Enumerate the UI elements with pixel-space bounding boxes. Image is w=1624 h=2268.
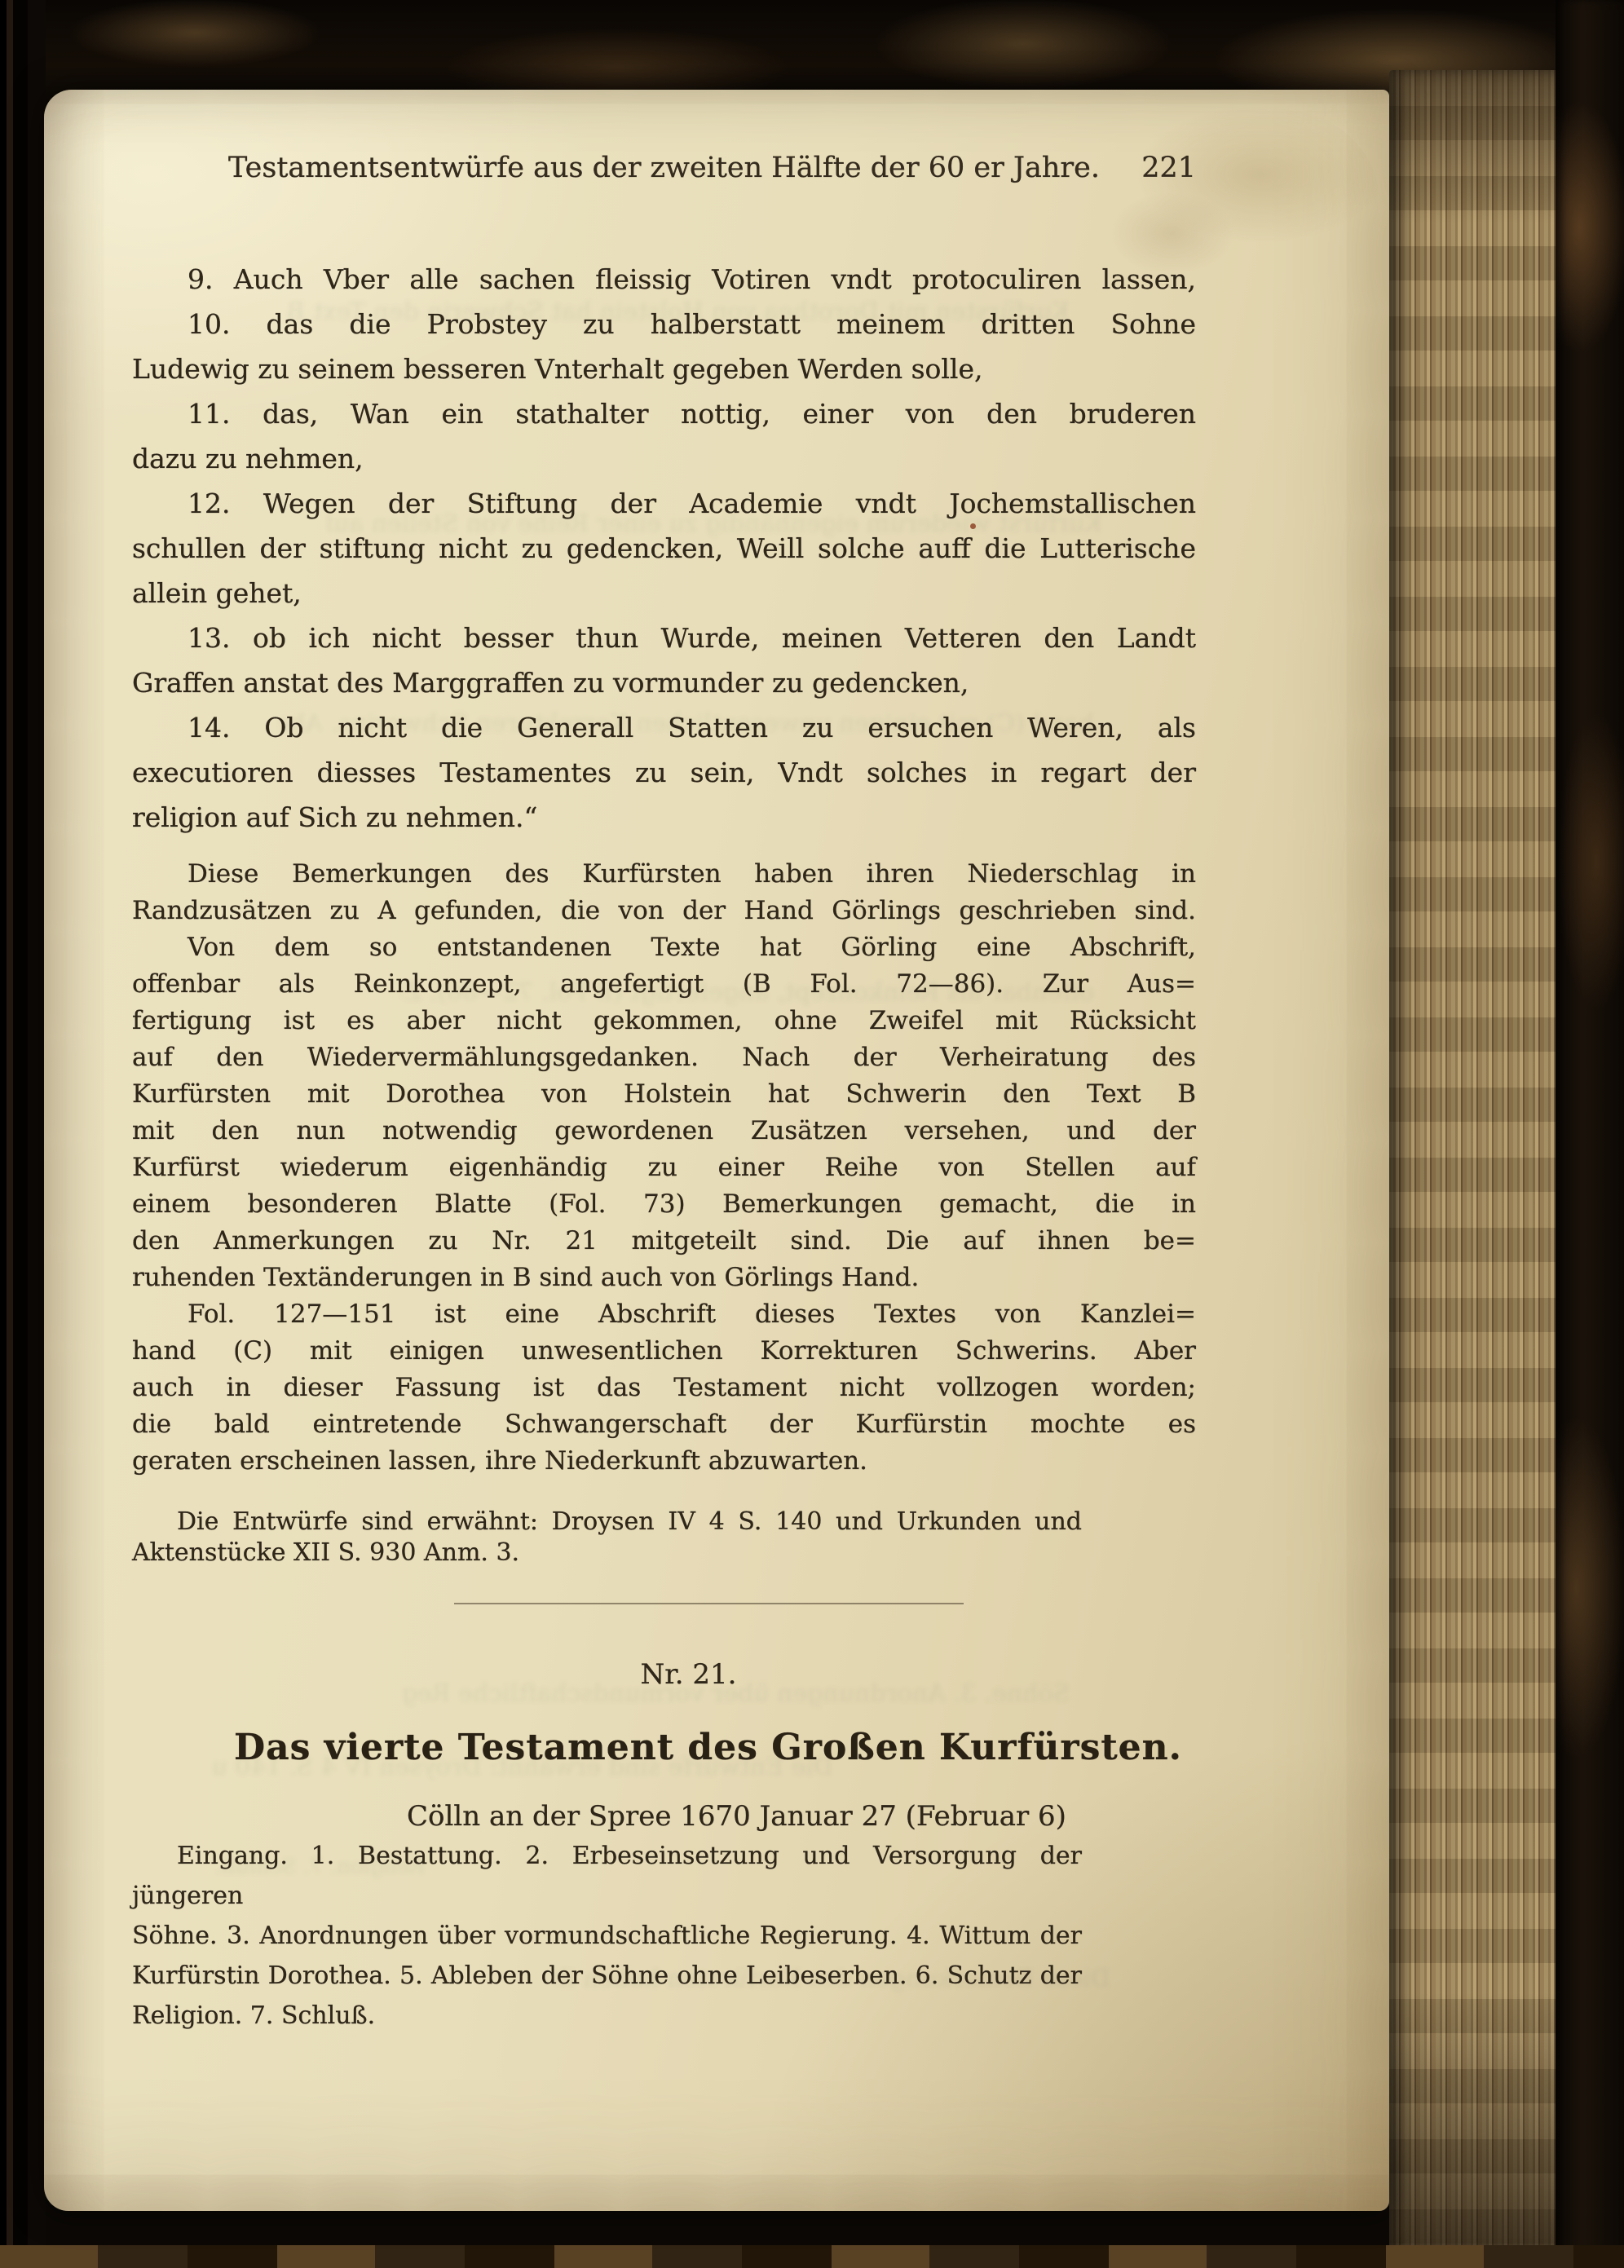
book-cover-right [1556, 0, 1624, 2268]
commentary-line: ruhenden Textänderungen in B sind auch v… [132, 1260, 1196, 1296]
commentary-line: den Anmerkungen zu Nr. 21 mitgeteilt sin… [132, 1223, 1196, 1260]
quote-line: Graffen anstat des Marggraffen zu vormun… [132, 660, 1196, 705]
section-dateline: Cölln an der Spree 1670 Januar 27 (Febru… [132, 1797, 1196, 1836]
section-summary: Eingang. 1. Bestattung. 2. Erbeseinsetzu… [132, 1836, 1082, 2036]
quote-line: 11. das, Wan ein stathalter nottig, eine… [132, 391, 1196, 436]
running-header: Testamentsentwürfe aus der zweiten Hälft… [132, 150, 1196, 186]
section-number: Nr. 21. [132, 1657, 1196, 1692]
quote-line: allein gehet, [132, 571, 1196, 616]
editorial-commentary: Diese Bemerkungen des Kurfürsten haben i… [132, 856, 1196, 1480]
section-title: Das vierte Testament des Großen Kurfürst… [132, 1725, 1196, 1771]
source-footnote: Die Entwürfe sind erwähnt: Droysen IV 4 … [132, 1507, 1082, 1569]
quote-line: 13. ob ich nicht besser thun Wurde, mein… [132, 616, 1196, 660]
running-header-title: Testamentsentwürfe aus der zweiten Hälft… [132, 150, 1196, 186]
summary-line: Kurfürstin Dorothea. 5. Ableben der Söhn… [132, 1956, 1082, 1996]
footnote-line: Aktenstücke XII S. 930 Anm. 3. [132, 1538, 1082, 1569]
commentary-line: Randzusätzen zu A gefunden, die von der … [132, 893, 1196, 929]
commentary-line: Diese Bemerkungen des Kurfürsten haben i… [132, 856, 1196, 893]
quote-line: schullen der stiftung nicht zu gedencken… [132, 526, 1196, 571]
commentary-line: Kurfürsten mit Dorothea von Holstein hat… [132, 1076, 1196, 1113]
commentary-line: offenbar als Reinkonzept, angefertigt (B… [132, 966, 1196, 1003]
commentary-line: mit den nun notwendig gewordenen Zusätze… [132, 1113, 1196, 1149]
book-spine-shadow [0, 0, 46, 2268]
summary-line: Eingang. 1. Bestattung. 2. Erbeseinsetzu… [132, 1836, 1082, 1916]
quote-line: 10. das die Probstey zu halberstatt mein… [132, 302, 1196, 346]
quote-line: executioren diesses Testamentes zu sein,… [132, 750, 1196, 795]
quote-line: 12. Wegen der Stiftung der Academie vndt… [132, 481, 1196, 526]
commentary-line: hand (C) mit einigen unwesentlichen Korr… [132, 1333, 1196, 1370]
book-cover-bottom-edge [0, 2245, 1624, 2268]
page-number: 221 [1141, 150, 1196, 186]
commentary-line: auch in dieser Fassung ist das Testament… [132, 1370, 1196, 1406]
book-page: Kurfürsten mit Dorothea von Holstein hat… [44, 90, 1389, 2211]
quote-line: 9. Auch Vber alle sachen fleissig Votire… [132, 257, 1196, 302]
commentary-line: einem besonderen Blatte (Fol. 73) Bemerk… [132, 1186, 1196, 1223]
commentary-line: Fol. 127—151 ist eine Abschrift dieses T… [132, 1296, 1196, 1333]
summary-line: Religion. 7. Schluß. [132, 1996, 1082, 2036]
testament-clauses: 9. Auch Vber alle sachen fleissig Votire… [132, 257, 1196, 840]
commentary-line: Kurfürst wiederum eigenhändig zu einer R… [132, 1149, 1196, 1186]
quote-line: Ludewig zu seinem besseren Vnterhalt geg… [132, 346, 1196, 391]
page-fore-edge [1389, 70, 1559, 2255]
commentary-line: fertigung ist es aber nicht gekommen, oh… [132, 1003, 1196, 1039]
commentary-line: die bald eintretende Schwangerschaft der… [132, 1406, 1196, 1443]
commentary-line: Von dem so entstandenen Texte hat Görlin… [132, 929, 1196, 966]
commentary-line: auf den Wiedervermählungsgedanken. Nach … [132, 1039, 1196, 1076]
quote-line: 14. Ob nicht die Generall Statten zu ers… [132, 705, 1196, 750]
quote-line: dazu zu nehmen, [132, 436, 1196, 481]
quote-line: religion auf Sich zu nehmen.“ [132, 795, 1196, 840]
footnote-line: Die Entwürfe sind erwähnt: Droysen IV 4 … [132, 1507, 1082, 1538]
page-content: Kurfürsten mit Dorothea von Holstein hat… [132, 90, 1196, 2211]
commentary-line: geraten erscheinen lassen, ihre Niederku… [132, 1443, 1196, 1480]
section-divider [454, 1603, 964, 1604]
summary-line: Söhne. 3. Anordnungen über vormundschaft… [132, 1916, 1082, 1956]
